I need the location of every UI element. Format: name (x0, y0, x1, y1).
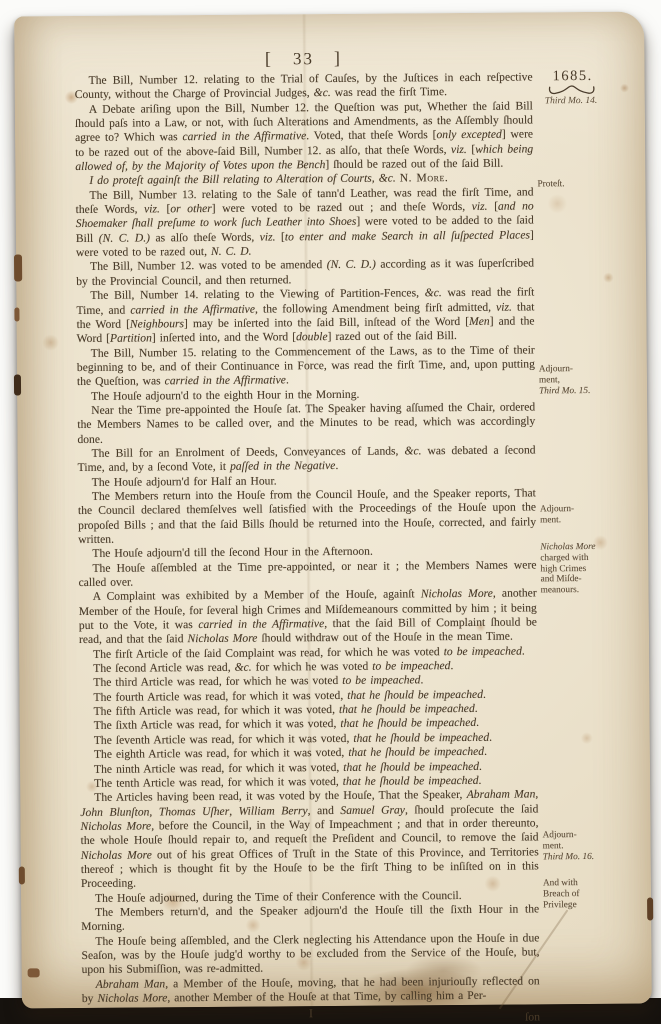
text-segment: The fourth Article was read, for which i… (93, 689, 347, 704)
text-segment: or other (170, 202, 212, 215)
paper-edge-chip (14, 307, 19, 321)
margin-note-nicholas-more-charges: Nicholas Morecharged withhigh Crimesand … (540, 542, 644, 597)
text-segment: The Bill, Number 14. relating to the Vie… (90, 286, 425, 302)
text-segment: The Bill, Number 12. was voted to be ame… (90, 259, 327, 274)
text-segment: paſſed in the Negative (230, 459, 335, 473)
text-segment: The Bill for an Enrolment of Deeds, Conv… (91, 444, 404, 459)
margin-note-line: and Miſde- (541, 574, 645, 586)
text-segment: was read the firſt Time. (331, 85, 447, 99)
text-segment: . (286, 374, 289, 387)
catchword: ſon (525, 1011, 540, 1024)
text-segment: Adjourn- (540, 504, 574, 514)
text-segment: carried in the Affirmative (165, 374, 286, 388)
text-segment: The Houſe aſſembled at the Time pre-appo… (79, 558, 537, 589)
text-segment: Nicholas More (421, 587, 493, 601)
margin-note-line: high Crimes (540, 563, 644, 575)
text-segment: N. More. (400, 171, 449, 184)
text-segment: that he ſhould be impeached (343, 759, 479, 773)
text-segment: . (479, 759, 482, 772)
text-segment: N. C. D. (211, 245, 252, 258)
text-segment: Privilege (543, 900, 577, 910)
paragraph: Near the Time pre-appointed the Houſe ſa… (77, 400, 535, 447)
paragraph: The Bill, Number 14. relating to the Vie… (76, 286, 534, 347)
text-segment: . (483, 688, 486, 701)
signature-mark: I (82, 1005, 540, 1023)
text-segment: that he ſhould be impeached (353, 731, 489, 745)
text-segment: The fifth Article was read, for which it… (94, 703, 339, 718)
text-segment: Nicholas More (97, 991, 167, 1005)
text-segment: The Members return'd, and the Speaker ad… (81, 902, 539, 933)
text-segment: to be impeached (444, 644, 522, 658)
text-segment: viz. (260, 230, 276, 243)
text-segment: Nicholas More (81, 848, 152, 862)
text-segment: that he ſhould be impeached (343, 774, 479, 788)
margin-note-line: Third Mo. 15. (539, 385, 643, 397)
page-number-value: 33 (293, 49, 314, 68)
margin-note-adjournment-mo16: Adjourn-ment.Third Mo. 16. (543, 830, 647, 863)
text-segment: . (489, 731, 492, 744)
text-segment: only excepted (436, 128, 501, 142)
paragraph: The Bill, Number 13. relating to the Sal… (75, 185, 534, 260)
text-segment: ] ſhould be razed out of the ſaid Bill. (325, 157, 503, 171)
paragraph: The Bill, Number 12. relating to the Tri… (75, 70, 533, 102)
text-segment: Nicholas More (540, 542, 595, 552)
text-segment: viz. (472, 200, 488, 213)
paragraph: The Articles having been read, it was vo… (80, 788, 539, 892)
text-segment: , the following Amendment being firſt ad… (255, 300, 496, 315)
text-segment: , ſhould proſecute the ſaid (405, 802, 539, 816)
text-segment: &c. (404, 444, 421, 457)
margin-note-protest: Proteſt. (537, 179, 641, 191)
text-segment: ment. (540, 515, 561, 525)
paragraph: Abraham Man, a Member of the Houſe, movi… (82, 974, 540, 1006)
text-segment: double (296, 330, 328, 343)
margin-note-adjournment: Adjourn-ment. (540, 504, 644, 526)
text-segment: The Houſe adjourn'd to the eighth Hour i… (91, 387, 359, 402)
margin-note-line: Proteſt. (537, 179, 641, 191)
text-segment: Breach of (543, 889, 579, 899)
margin-note-line: Adjourn- (543, 830, 647, 842)
text-segment: ] inſerted into, and the Word [ (152, 330, 296, 344)
text-segment: The Bill, Number 12. relating to the Tri… (75, 70, 533, 101)
paper-edge-chip (14, 374, 21, 395)
margin-note-line: ment. (543, 840, 647, 852)
margin-note-line: charged with (540, 552, 644, 564)
paragraph: A Complaint was exhibited by a Member of… (79, 587, 537, 648)
text-segment: &c. (314, 86, 331, 99)
margin-year-note: 1685. Third Mo. 14. (545, 68, 641, 107)
text-segment: [ (275, 230, 284, 243)
text-segment: , (535, 788, 538, 801)
text-segment: The ſecond Article was read, (93, 661, 234, 675)
text-segment: Abraham Man (96, 977, 166, 991)
text-segment: I do proteſt againſt the Bill relating t… (89, 172, 399, 187)
text-segment: charged with (540, 553, 588, 563)
year-label: 1685. (545, 68, 641, 86)
text-segment: Partition (110, 332, 152, 345)
text-segment: A Complaint was exhibited by a Member of… (93, 588, 421, 604)
text-segment: that he ſhould be impeached (340, 716, 476, 730)
text-segment: . (476, 716, 479, 729)
text-segment: . Voted, that theſe Words [ (306, 129, 436, 143)
date-label: Third Mo. 14. (545, 96, 641, 107)
margin-note-line: Adjourn- (539, 364, 643, 376)
text-segment: to enter and make Search in all ſuſpecte… (285, 228, 530, 243)
text-segment: ] razed out of the ſaid Bill. (328, 329, 457, 343)
text-segment: The Bill, Number 15. relating to the Com… (77, 343, 535, 388)
margin-note-line: Breach of (543, 888, 647, 900)
text-segment: John Blunſton (80, 805, 149, 819)
text-segment: The Articles having been read, it was vo… (94, 788, 467, 804)
text-segment: viz. (496, 300, 512, 313)
text-segment: Nicholas More (80, 819, 151, 833)
text-segment: The firſt Article of the ſaid Complaint … (93, 645, 444, 661)
paragraph: The Bill, Number 15. relating to the Com… (77, 343, 535, 390)
text-segment: to be impeached (372, 659, 450, 673)
text-segment: The ninth Article was read, for which it… (94, 760, 343, 775)
text-segment: Adjourn- (543, 830, 577, 840)
text-segment: ] were voted to be razed out ; and theſe… (212, 200, 472, 215)
paragraph: The Members return'd, and the Speaker ad… (81, 902, 539, 934)
text-segment: Samuel Gray (340, 803, 405, 817)
text-segment: as alſo theſe Words, (150, 230, 260, 244)
text-segment: and Miſde- (541, 574, 582, 584)
text-segment: The Houſe being aſſembled, and the Clerk… (81, 931, 539, 976)
text-segment: Adjourn- (539, 364, 573, 374)
text-segment: high Crimes (540, 564, 586, 574)
page-text-block: The Bill, Number 12. relating to the Tri… (75, 70, 540, 1024)
flourish-icon (547, 84, 599, 96)
text-segment: Proteſt. (537, 179, 564, 189)
paragraph: The Bill for an Enrolment of Deeds, Conv… (77, 443, 535, 475)
text-segment: that he ſhould be impeached (339, 702, 475, 716)
text-segment: [ (160, 202, 171, 215)
margin-note-adjournment-mo15: Adjourn-ment,Third Mo. 15. (539, 364, 643, 397)
text-segment: [ (487, 200, 498, 213)
text-segment: , another Member of the Houſe at that Ti… (167, 989, 486, 1005)
text-segment: [ (467, 143, 475, 156)
text-segment: &c. (425, 286, 442, 299)
text-segment: , (229, 804, 239, 817)
margin-note-line: meanours. (541, 585, 645, 597)
text-segment: that he ſhould be impeached (347, 688, 483, 702)
text-segment: The Houſe adjourn'd till the ſecond Hour… (92, 545, 373, 560)
text-segment: ] may be inſerted into the ſaid Bill, in… (184, 315, 469, 330)
page-number: [33] (74, 46, 532, 71)
text-segment: The third Article was read, for which he… (93, 674, 342, 689)
text-segment: Third Mo. 16. (543, 852, 594, 862)
margin-note-line: And with (543, 878, 647, 890)
text-segment: carried in the Affirmative (198, 617, 324, 631)
text-segment: Third Mo. 15. (539, 386, 590, 396)
paper-edge-chip (647, 897, 653, 920)
paper-edge-chip (28, 968, 40, 977)
paper-edge-chip (19, 866, 25, 884)
text-segment: for which he was voted (252, 660, 373, 674)
text-segment: , and (308, 803, 341, 816)
text-segment: ment. (543, 841, 564, 851)
document-page: [33] 1685. Third Mo. 14. The Bill, Numbe… (14, 12, 652, 1009)
text-segment: . (475, 702, 478, 715)
paragraph: The Bill, Number 12. was voted to be ame… (76, 257, 534, 289)
margin-note-line: Third Mo. 16. (543, 851, 647, 863)
paragraph: A Debate ariſing upon the Bill, Number 1… (75, 99, 534, 174)
page-number-bracket: ] (334, 48, 342, 69)
text-segment: ſhould withdraw out of the Houſe in the … (257, 630, 513, 645)
text-segment: . (450, 659, 453, 672)
text-segment: carried in the Affirmative (182, 130, 306, 144)
paper-edge-chip (14, 254, 22, 281)
text-segment: William Berry (239, 804, 308, 818)
text-segment: Thomas Uſher (159, 804, 229, 818)
text-segment: The Houſe adjourned, during the Time of … (95, 889, 462, 905)
text-segment: &c. (235, 661, 252, 674)
text-segment: Abraham Man (467, 788, 536, 802)
margin-note-line: Privilege (543, 899, 647, 911)
text-segment: . (522, 644, 525, 657)
paragraph: The Members return into the Houſe from t… (78, 486, 536, 547)
text-segment: that he ſhould be impeached (348, 745, 484, 759)
text-segment: ment, (539, 375, 560, 385)
text-segment: viz. (451, 143, 467, 156)
text-segment: (N. C. D.) (327, 258, 376, 271)
text-segment: Near the Time pre-appointed the Houſe ſa… (77, 400, 535, 445)
margin-note-line: ment, (539, 374, 643, 386)
margin-note-line: ment. (540, 514, 644, 526)
paragraph: The Houſe being aſſembled, and the Clerk… (81, 931, 539, 978)
text-segment: . (335, 459, 338, 472)
text-segment: The Members return into the Houſe from t… (78, 486, 536, 546)
text-segment: Neighbours (130, 317, 184, 330)
text-segment: The tenth Article was read, for which it… (94, 775, 343, 790)
text-segment: meanours. (541, 585, 580, 595)
text-segment: to be impeached (342, 674, 420, 688)
page-number-bracket: [ (265, 48, 273, 69)
signature-row: Iſon (82, 1005, 540, 1024)
text-segment: (N. C. D.) (99, 231, 150, 244)
text-segment: . (484, 745, 487, 758)
text-segment: Nicholas More (187, 632, 257, 646)
paragraph: The Houſe aſſembled at the Time pre-appo… (78, 558, 536, 590)
margin-note-breach-of-privilege: And withBreach ofPrivilege (543, 878, 647, 911)
text-segment: The eighth Article was read, for which i… (94, 746, 349, 761)
text-segment: viz. (144, 202, 160, 215)
text-segment: The Houſe adjourn'd for Half an Hour. (92, 474, 277, 488)
text-segment: The ſeventh Article was read, for which … (94, 732, 354, 747)
margin-note-line: Adjourn- (540, 504, 644, 516)
text-segment: The ſixth Article was read, for which it… (94, 717, 341, 732)
text-segment: Men (469, 315, 490, 328)
margin-note-line: Nicholas More (540, 542, 644, 554)
text-segment: . (420, 674, 423, 687)
text-segment: . (478, 774, 481, 787)
text-segment: And with (543, 878, 578, 888)
text-segment: carried in the Affirmative (130, 302, 255, 316)
